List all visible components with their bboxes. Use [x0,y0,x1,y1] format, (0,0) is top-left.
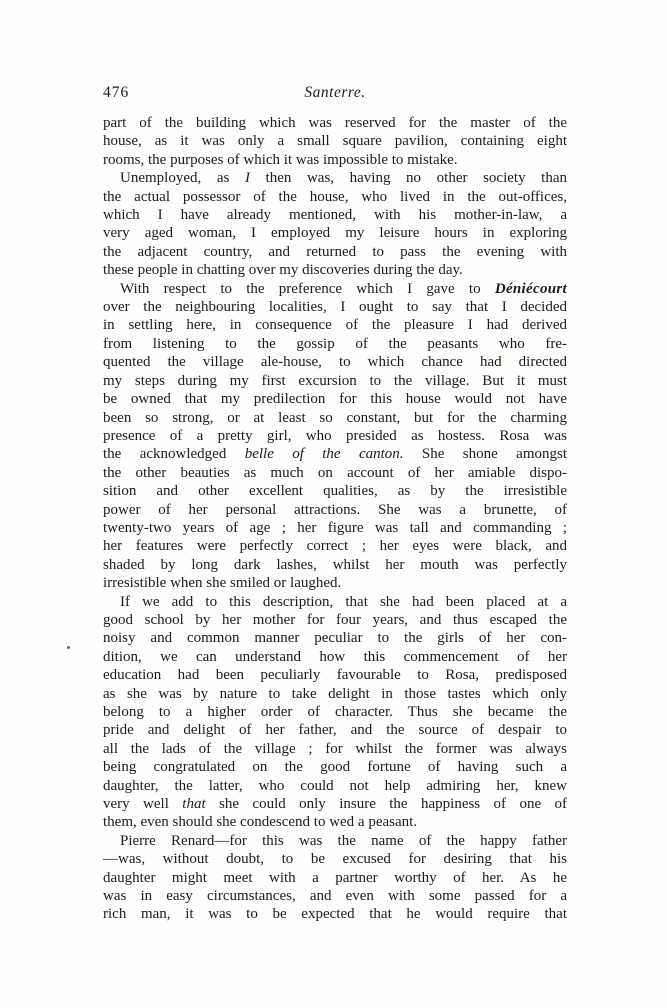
text-segment: the acknowledged [103,446,245,462]
text-line: dition, we can understand how this comme… [103,648,567,666]
text-line: all the lads of the village ; for whilst… [103,740,567,758]
text-line: which I have already mentioned, with his… [103,206,567,224]
text-line: Pierre Renard—for this was the name of t… [103,832,567,850]
text-segment: my steps during my first excursion to th… [103,373,567,389]
text-segment: presence of a pretty girl, who presided … [103,428,567,444]
page-text: part of the building which was reserved … [103,114,567,924]
text-segment: daughter, the latter, who could not help… [103,778,567,794]
text-segment: over the neighbouring localities, I ough… [103,299,567,315]
running-title: Santerre. [103,83,567,103]
text-segment: which I have already mentioned, with his… [103,207,567,223]
emphasized-text: Déniécourt [495,281,567,297]
text-segment: power of her personal attractions. She w… [103,502,567,518]
text-segment: been so strong, or at least so constant,… [103,410,567,426]
text-line: education had been peculiarly favourable… [103,666,567,684]
text-line: my steps during my first excursion to th… [103,372,567,390]
text-line: was in easy circumstances, and even with… [103,887,567,905]
text-segment: irresistible when she smiled or laughed. [103,575,341,591]
text-line: rich man, it was to be expected that he … [103,905,567,923]
text-segment: from listening to the gossip of the peas… [103,336,567,352]
text-line: very well that she could only insure the… [103,795,567,813]
text-segment: daughter might meet with a partner worth… [103,870,567,886]
text-segment: Pierre Renard—for this was the name of t… [120,833,567,849]
text-segment: the other beauties as much on account of… [103,465,567,481]
text-line: power of her personal attractions. She w… [103,501,567,519]
text-segment: then was, having no other society than [250,170,567,186]
text-line: in settling here, in consequence of the … [103,316,567,334]
text-line: irresistible when she smiled or laughed. [103,574,567,592]
text-segment: —was, without doubt, to be excused for d… [103,851,567,867]
ink-speck [67,646,70,649]
text-segment: dition, we can understand how this comme… [103,649,567,665]
text-line: the actual possessor of the house, who l… [103,188,567,206]
text-line: part of the building which was reserved … [103,114,567,132]
text-line: been so strong, or at least so constant,… [103,409,567,427]
text-line: With respect to the preference which I g… [103,280,567,298]
text-segment: good school by her mother for four years… [103,612,567,628]
text-segment: Unemployed, as [120,170,245,186]
text-line: shaded by long dark lashes, whilst her m… [103,556,567,574]
text-segment: she could only insure the happiness of o… [206,796,567,812]
text-line: house, as it was only a small square pav… [103,132,567,150]
text-line: these people in chatting over my discove… [103,261,567,279]
text-segment: these people in chatting over my discove… [103,262,463,278]
emphasized-text: belle of the canton. [245,446,404,462]
text-line: them, even should she condescend to wed … [103,813,567,831]
text-segment: rich man, it was to be expected that he … [103,906,567,922]
text-segment: as she was by nature to take delight in … [103,686,567,702]
text-line: be owned that my predilection for this h… [103,390,567,408]
text-line: twenty-two years of age ; her figure was… [103,519,567,537]
text-line: pride and delight of her father, and the… [103,721,567,739]
text-segment: sition and other excellent qualities, as… [103,483,567,499]
text-segment: belong to a higher order of character. T… [103,704,567,720]
text-line: belong to a higher order of character. T… [103,703,567,721]
text-line: good school by her mother for four years… [103,611,567,629]
text-line: the adjacent country, and returned to pa… [103,243,567,261]
text-line: the other beauties as much on account of… [103,464,567,482]
text-segment: in settling here, in consequence of the … [103,317,567,333]
text-segment: She shone amongst [404,446,567,462]
paragraph: part of the building which was reserved … [103,114,567,169]
text-line: being congratulated on the good fortune … [103,758,567,776]
text-segment: shaded by long dark lashes, whilst her m… [103,557,567,573]
paragraph: Unemployed, as I then was, having no oth… [103,169,567,279]
text-segment: her features were perfectly correct ; he… [103,538,567,554]
text-line: daughter, the latter, who could not help… [103,777,567,795]
text-segment: noisy and common manner peculiar to the … [103,630,567,646]
text-segment: rooms, the purposes of which it was impo… [103,152,458,168]
emphasized-text: that [182,796,205,812]
text-line: sition and other excellent qualities, as… [103,482,567,500]
text-segment: twenty-two years of age ; her figure was… [103,520,567,536]
text-line: her features were perfectly correct ; he… [103,537,567,555]
text-segment: With respect to the preference which I g… [120,281,495,297]
book-page: 476 Santerre. part of the building which… [0,0,667,1008]
text-line: Unemployed, as I then was, having no oth… [103,169,567,187]
text-segment: the adjacent country, and returned to pa… [103,244,567,260]
text-line: noisy and common manner peculiar to the … [103,629,567,647]
running-head: 476 Santerre. [103,83,567,103]
text-segment: being congratulated on the good fortune … [103,759,567,775]
paragraph: If we add to this description, that she … [103,593,567,832]
text-segment: very well [103,796,182,812]
paragraph: With respect to the preference which I g… [103,280,567,593]
text-line: quented the village ale-house, to which … [103,353,567,371]
text-line: rooms, the purposes of which it was impo… [103,151,567,169]
text-line: over the neighbouring localities, I ough… [103,298,567,316]
text-segment: pride and delight of her father, and the… [103,722,567,738]
text-line: daughter might meet with a partner worth… [103,869,567,887]
text-segment: quented the village ale-house, to which … [103,354,567,370]
text-segment: part of the building which was reserved … [103,115,567,131]
text-segment: them, even should she condescend to wed … [103,814,417,830]
text-segment: be owned that my predilection for this h… [103,391,567,407]
text-segment: If we add to this description, that she … [120,594,567,610]
paragraph: Pierre Renard—for this was the name of t… [103,832,567,924]
text-segment: was in easy circumstances, and even with… [103,888,567,904]
text-segment: house, as it was only a small square pav… [103,133,567,149]
text-line: —was, without doubt, to be excused for d… [103,850,567,868]
text-line: very aged woman, I employed my leisure h… [103,224,567,242]
text-segment: education had been peculiarly favourable… [103,667,567,683]
text-segment: all the lads of the village ; for whilst… [103,741,567,757]
text-line: presence of a pretty girl, who presided … [103,427,567,445]
text-segment: very aged woman, I employed my leisure h… [103,225,567,241]
text-line: If we add to this description, that she … [103,593,567,611]
text-line: the acknowledged belle of the canton. Sh… [103,445,567,463]
text-line: as she was by nature to take delight in … [103,685,567,703]
text-line: from listening to the gossip of the peas… [103,335,567,353]
text-segment: the actual possessor of the house, who l… [103,189,567,205]
